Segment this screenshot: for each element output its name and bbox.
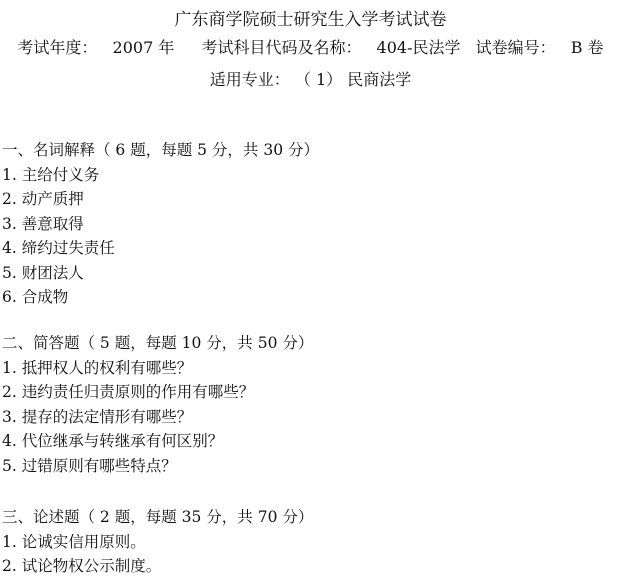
section-term-definitions: 一、名词解释（ 6 题，每题 5 分，共 30 分） 1. 主给付义务 2. 动… [2, 138, 319, 310]
question-item: 5. 过错原则有哪些特点？ [2, 454, 313, 479]
subject-value: 404-民法学 [377, 36, 461, 60]
major-line: 适用专业： （ 1） 民商法学 [0, 68, 621, 92]
question-item: 2. 违约责任归责原则的作用有哪些？ [2, 380, 313, 405]
question-item: 3. 善意取得 [2, 212, 319, 237]
question-item: 4. 代位继承与转继承有何区别？ [2, 429, 313, 454]
question-item: 6. 合成物 [2, 285, 319, 310]
section-heading: 一、名词解释（ 6 题，每题 5 分，共 30 分） [2, 138, 319, 163]
exam-meta-line: 考试年度： 2007 年 考试科目代码及名称： 404-民法学 试卷编号： B … [0, 36, 621, 60]
section-heading: 二、简答题（ 5 题，每题 10 分，共 50 分） [2, 331, 313, 356]
question-item: 2. 动产质押 [2, 187, 319, 212]
question-item: 4. 缔约过失责任 [2, 236, 319, 261]
section-heading: 三、论述题（ 2 题，每题 35 分，共 70 分） [2, 505, 313, 530]
question-item: 1. 论诚实信用原则。 [2, 530, 313, 555]
major-value: （ 1） 民商法学 [295, 70, 411, 89]
question-item: 1. 主给付义务 [2, 163, 319, 188]
question-item: 3. 提存的法定情形有哪些？ [2, 405, 313, 430]
question-item: 1. 抵押权人的权利有哪些？ [2, 356, 313, 381]
section-essay: 三、论述题（ 2 题，每题 35 分，共 70 分） 1. 论诚实信用原则。 2… [2, 505, 313, 576]
subject-label: 考试科目代码及名称： [201, 36, 361, 60]
exam-year-label: 考试年度： [17, 36, 97, 60]
exam-title: 广东商学院硕士研究生入学考试试卷 [0, 8, 621, 32]
major-label: 适用专业： [210, 70, 290, 89]
section-short-answer: 二、简答题（ 5 题，每题 10 分，共 50 分） 1. 抵押权人的权利有哪些… [2, 331, 313, 478]
question-item: 5. 财团法人 [2, 261, 319, 286]
exam-year-value: 2007 年 [113, 36, 175, 60]
paper-no-label: 试卷编号： [476, 36, 556, 60]
question-item: 2. 试论物权公示制度。 [2, 554, 313, 576]
paper-no-value: B 卷 [571, 36, 604, 60]
